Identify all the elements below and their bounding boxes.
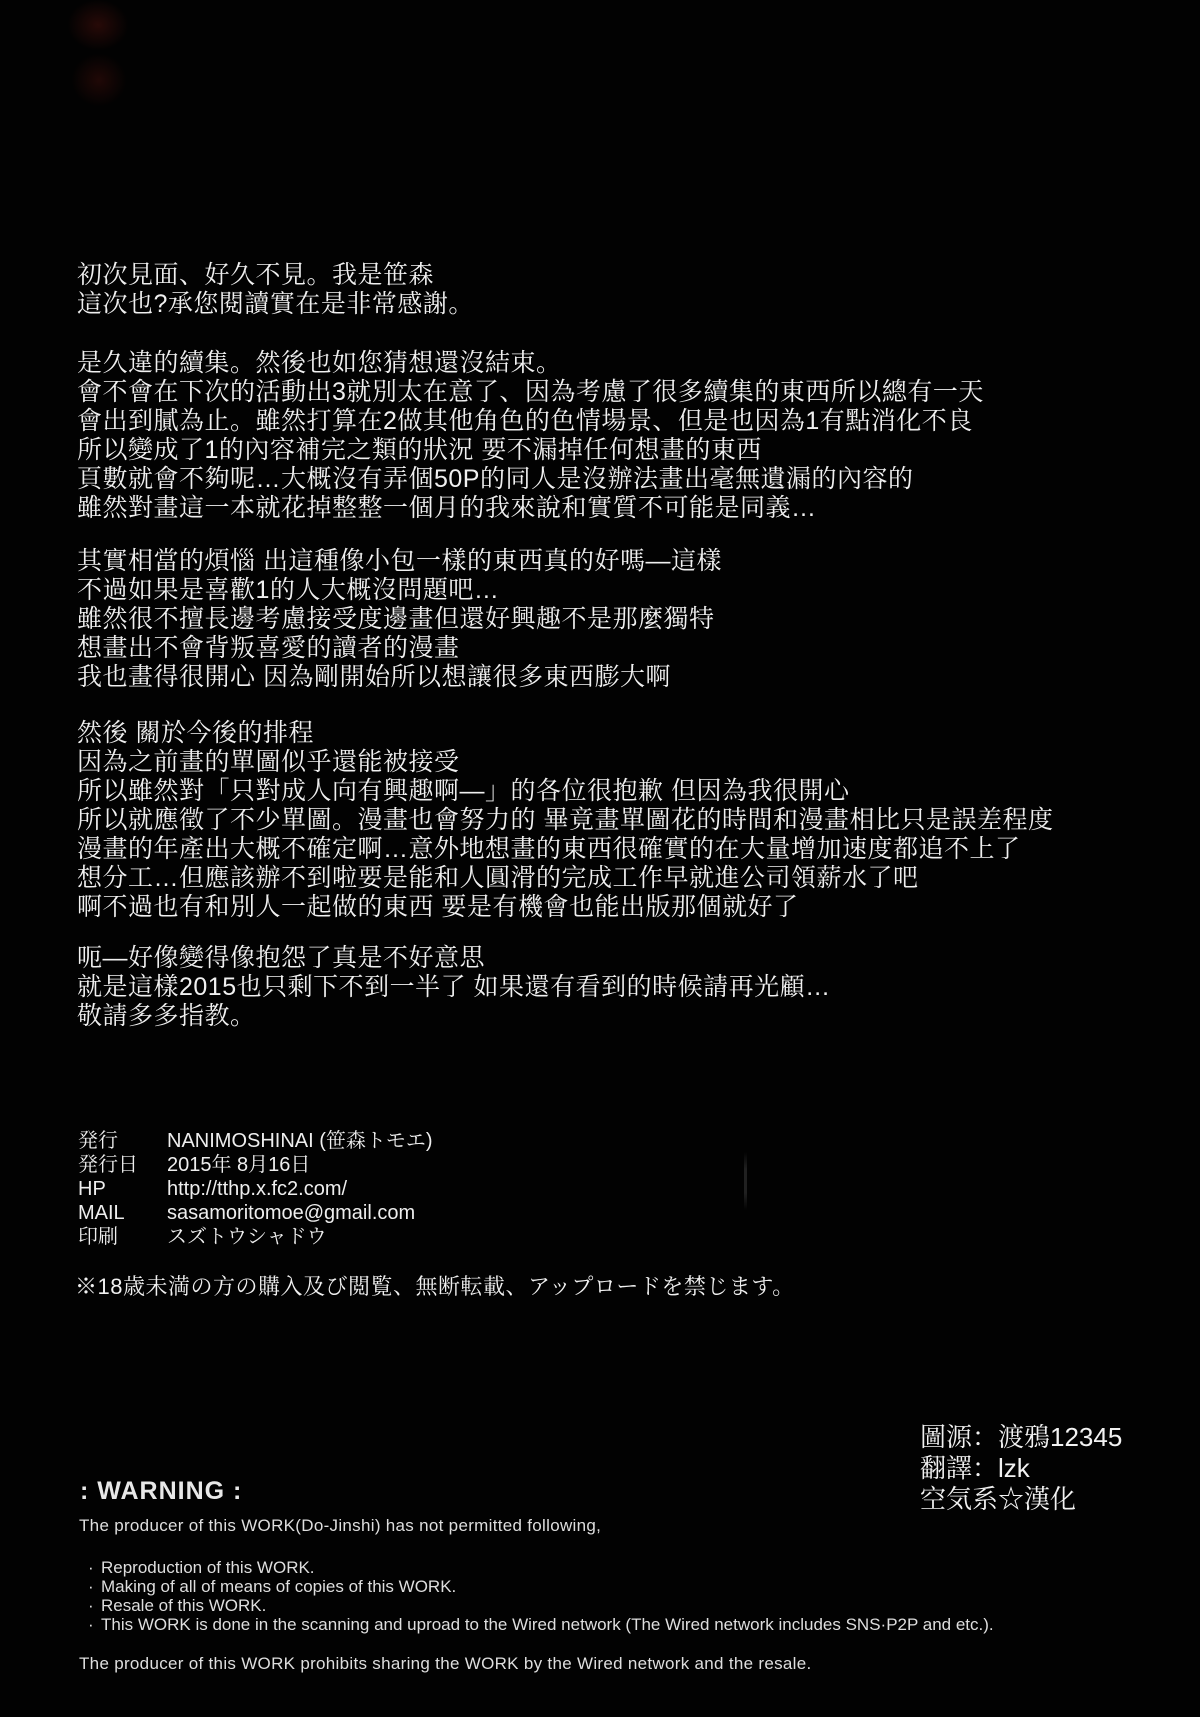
warning-footer: The producer of this WORK prohibits shar… [79, 1654, 812, 1674]
warning-item: · Making of all of means of copies of th… [88, 1577, 994, 1596]
colophon-label: 印刷 [78, 1225, 167, 1249]
colophon-label: HP [78, 1177, 167, 1201]
warning-item-text: Resale of this WORK. [101, 1596, 266, 1615]
warning-item-text: Reproduction of this WORK. [101, 1558, 315, 1577]
colophon-row-date: 発行日 2015年 8月16日 [78, 1153, 433, 1177]
age-restriction-notice: ※18歳未満の方の購入及び閲覧、無断転載、アップロードを禁じます。 [75, 1270, 795, 1301]
colophon-row-printer: 印刷 スズトウシャドウ [78, 1225, 433, 1249]
afterword-paragraph-closing: 呃—好像變得像抱怨了真是不好意思 就是這樣2015也只剩下不到一半了 如果還有看… [77, 944, 831, 1031]
afterword-paragraph-schedule: 然後 關於今後的排程 因為之前畫的單圖似乎還能被接受 所以雖然對「只對成人向有興… [77, 719, 1053, 922]
scan-artifact [72, 54, 126, 106]
bullet-icon: · [88, 1577, 101, 1596]
doujin-afterword-page: 初次見面、好久不見。我是笹森 這次也?承您閱讀實在是非常感謝。 是久違的續集。然… [0, 0, 1200, 1717]
credit-group: 空気系☆漢化 [920, 1484, 1122, 1515]
colophon-row-homepage: HP http://tthp.x.fc2.com/ [78, 1177, 433, 1201]
colophon-row-publisher: 発行 NANIMOSHINAI (笹森トモエ) [78, 1129, 433, 1153]
colophon-value: 2015年 8月16日 [167, 1153, 310, 1177]
warning-item-text: Making of all of means of copies of this… [101, 1577, 456, 1596]
colophon-label: 発行日 [78, 1153, 167, 1177]
colophon-value: スズトウシャドウ [167, 1225, 327, 1249]
warning-title: : WARNING : [80, 1477, 242, 1506]
credit-translator: 翻譯：lzk [920, 1453, 1122, 1484]
colophon-value: NANIMOSHINAI (笹森トモエ) [167, 1129, 433, 1153]
warning-intro: The producer of this WORK(Do-Jinshi) has… [79, 1516, 601, 1536]
warning-item-text: This WORK is done in the scanning and up… [101, 1615, 994, 1634]
scan-artifact [68, 0, 128, 50]
afterword-paragraph-greeting: 初次見面、好久不見。我是笹森 這次也?承您閱讀實在是非常感謝。 [77, 261, 474, 319]
colophon-label: MAIL [78, 1201, 167, 1225]
colophon: 発行 NANIMOSHINAI (笹森トモエ) 発行日 2015年 8月16日 … [78, 1129, 433, 1249]
scanlation-credits: 圖源：渡鴉12345 翻譯：lzk 空気系☆漢化 [920, 1422, 1122, 1515]
colophon-homepage-url: http://tthp.x.fc2.com/ [167, 1177, 347, 1201]
bullet-icon: · [88, 1596, 101, 1615]
scan-artifact [744, 1152, 747, 1210]
colophon-mail-address: sasamoritomoe@gmail.com [167, 1201, 415, 1225]
afterword-paragraph-worries: 其實相當的煩惱 出這種像小包一樣的東西真的好嗎—這樣 不過如果是喜歡1的人大概沒… [77, 547, 722, 692]
colophon-label: 発行 [78, 1129, 167, 1153]
warning-item: · Reproduction of this WORK. [88, 1558, 994, 1577]
credit-source: 圖源：渡鴉12345 [920, 1422, 1122, 1453]
warning-list: · Reproduction of this WORK. · Making of… [88, 1558, 994, 1634]
warning-item: · Resale of this WORK. [88, 1596, 994, 1615]
afterword-paragraph-sequel: 是久違的續集。然後也如您猜想還沒結束。 會不會在下次的活動出3就別太在意了、因為… [77, 349, 984, 523]
warning-item: · This WORK is done in the scanning and … [88, 1615, 994, 1634]
colophon-row-mail: MAIL sasamoritomoe@gmail.com [78, 1201, 433, 1225]
bullet-icon: · [88, 1558, 101, 1577]
bullet-icon: · [88, 1615, 101, 1634]
